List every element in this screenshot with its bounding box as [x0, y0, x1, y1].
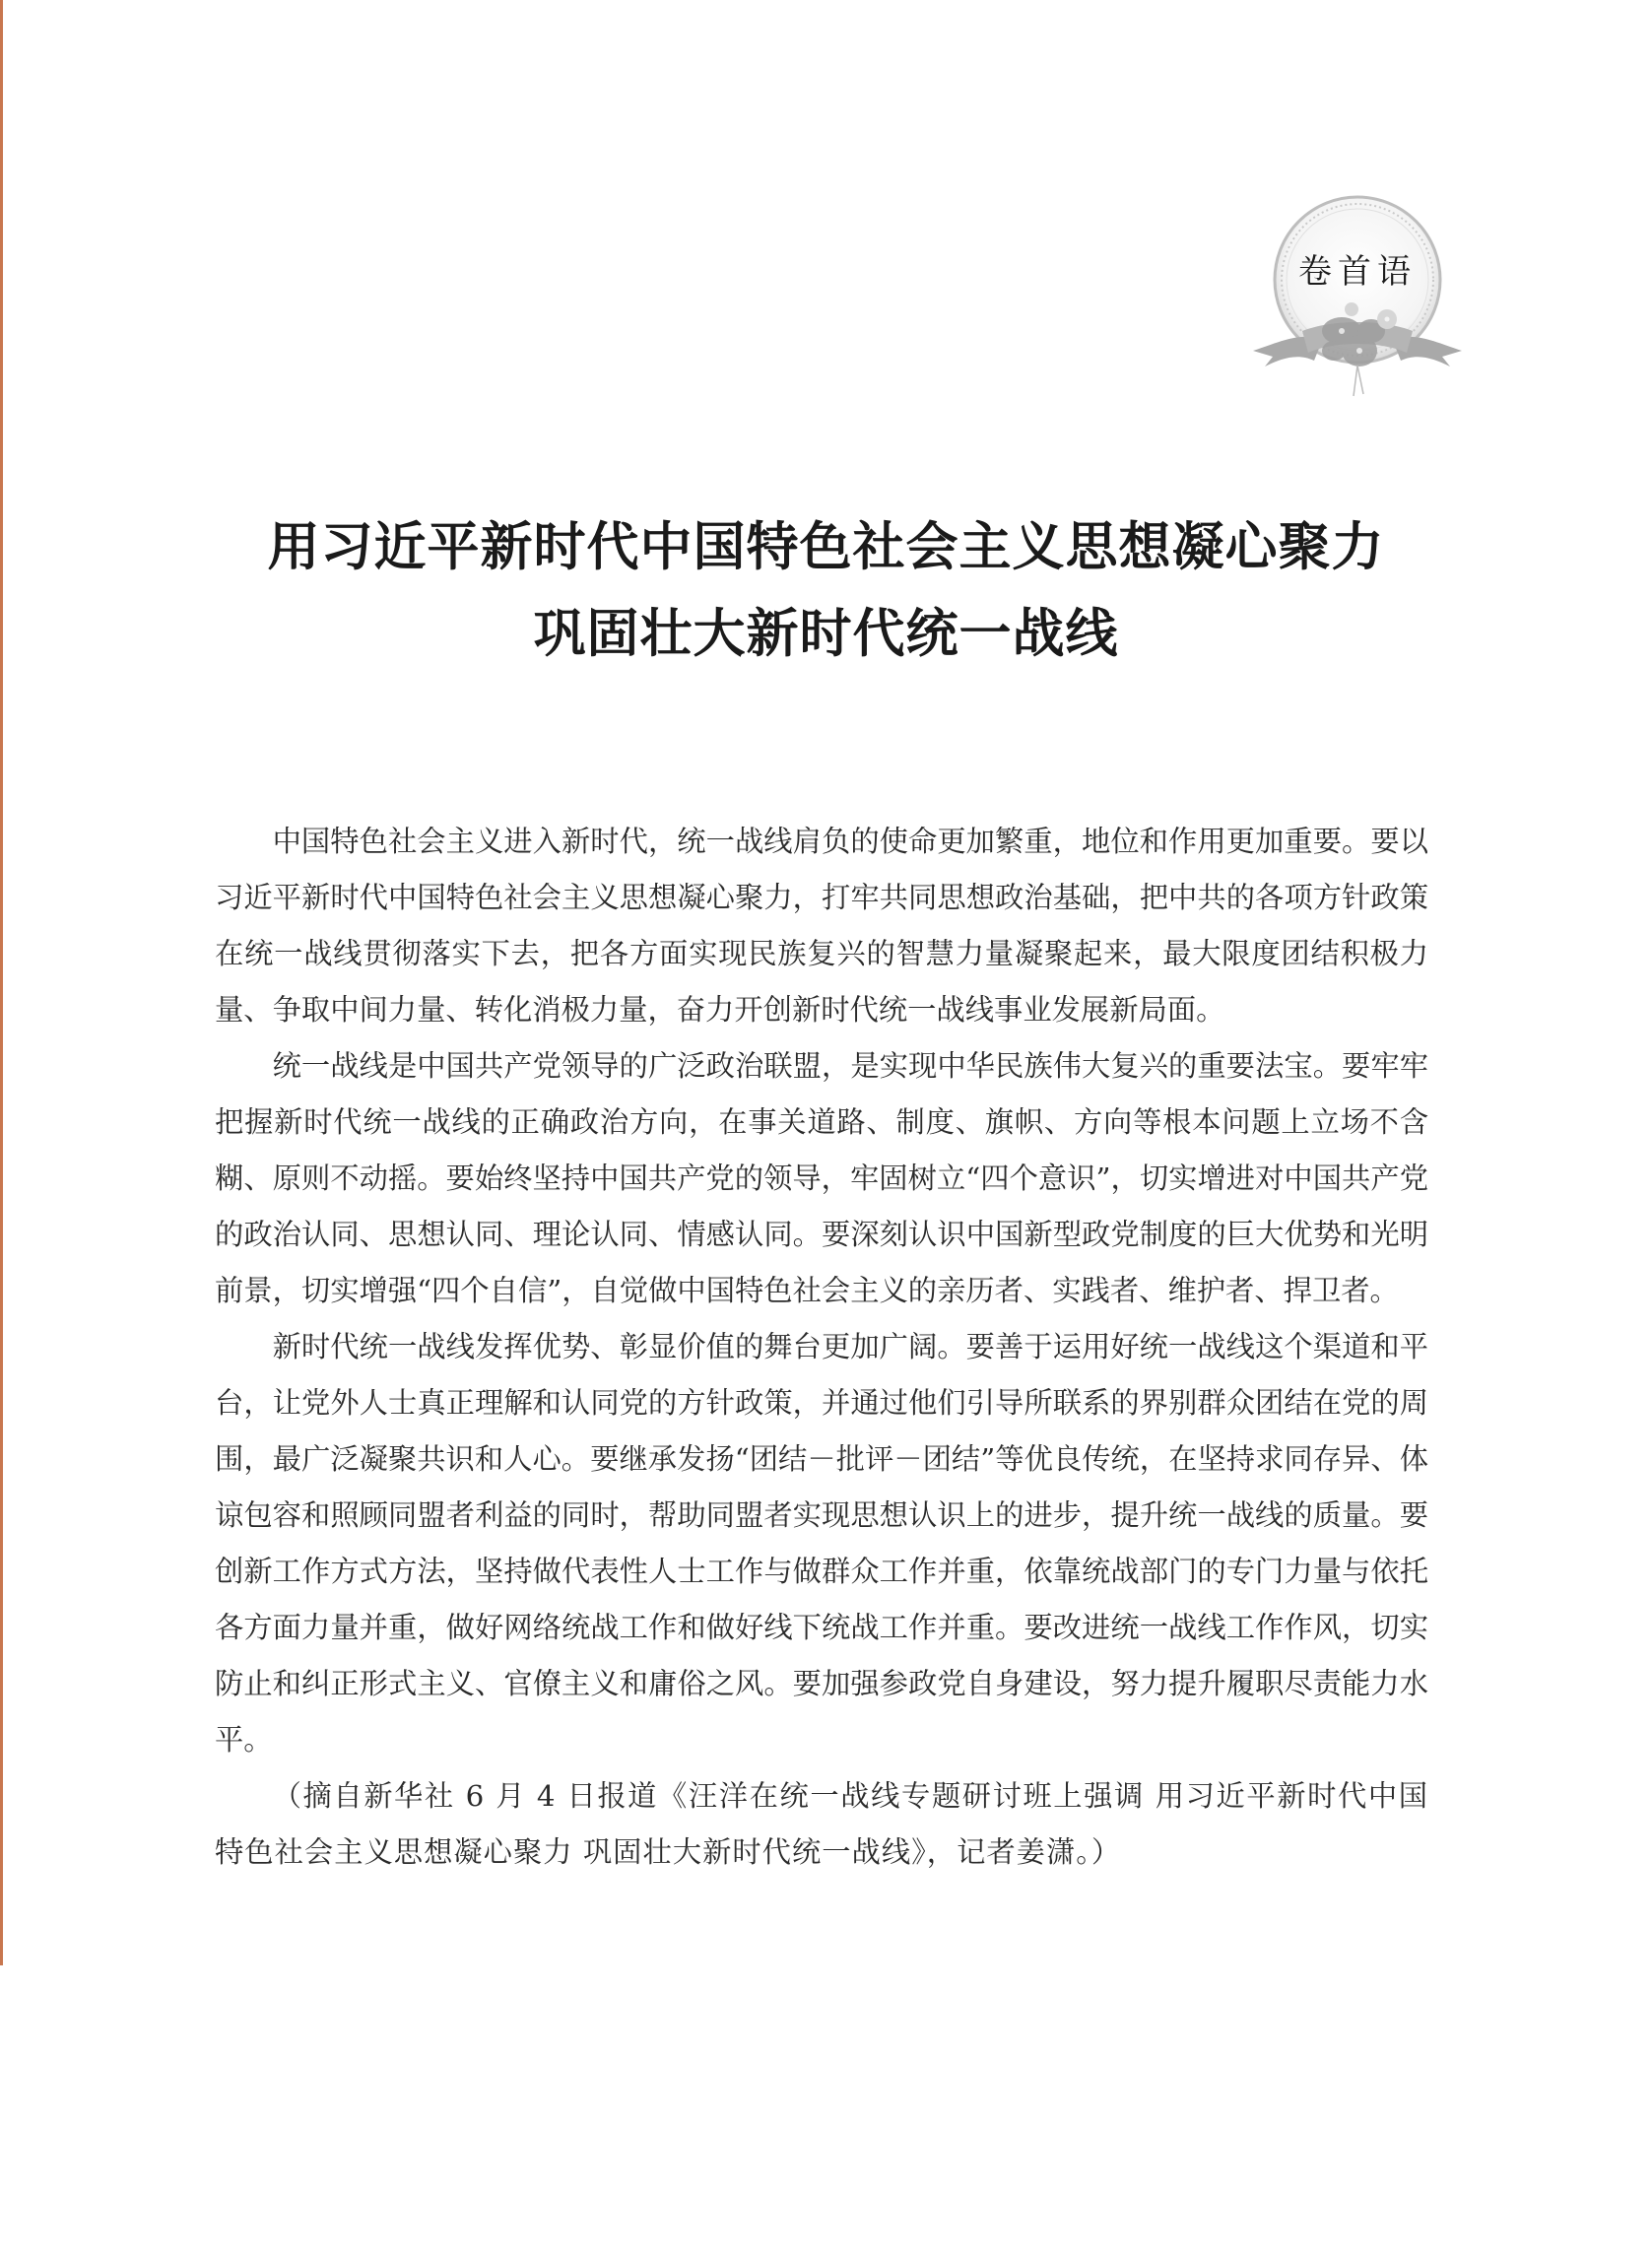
paragraph-3: 新时代统一战线发挥优势、彰显价值的舞台更加广阔。要善于运用好统一战线这个渠道和平…	[215, 1319, 1428, 1768]
title-line-2: 巩固壮大新时代统一战线	[0, 591, 1652, 678]
paragraph-1: 中国特色社会主义进入新时代，统一战线肩负的使命更加繁重，地位和作用更加重要。要以…	[215, 814, 1428, 1038]
article-title: 用习近平新时代中国特色社会主义思想凝心聚力 巩固壮大新时代统一战线	[0, 504, 1652, 678]
badge-label: 卷首语	[1243, 244, 1472, 293]
floral-medallion-icon	[1243, 193, 1472, 402]
section-badge: 卷首语	[1243, 193, 1472, 402]
page-edge-rule	[0, 0, 3, 1965]
paragraph-2: 统一战线是中国共产党领导的广泛政治联盟，是实现中华民族伟大复兴的重要法宝。要牢牢…	[215, 1038, 1428, 1319]
source-citation: （摘自新华社 6 月 4 日报道《汪洋在统一战线专题研讨班上强调 用习近平新时代…	[215, 1768, 1428, 1881]
title-line-1: 用习近平新时代中国特色社会主义思想凝心聚力	[0, 504, 1652, 591]
article-body: 中国特色社会主义进入新时代，统一战线肩负的使命更加繁重，地位和作用更加重要。要以…	[215, 814, 1428, 1881]
